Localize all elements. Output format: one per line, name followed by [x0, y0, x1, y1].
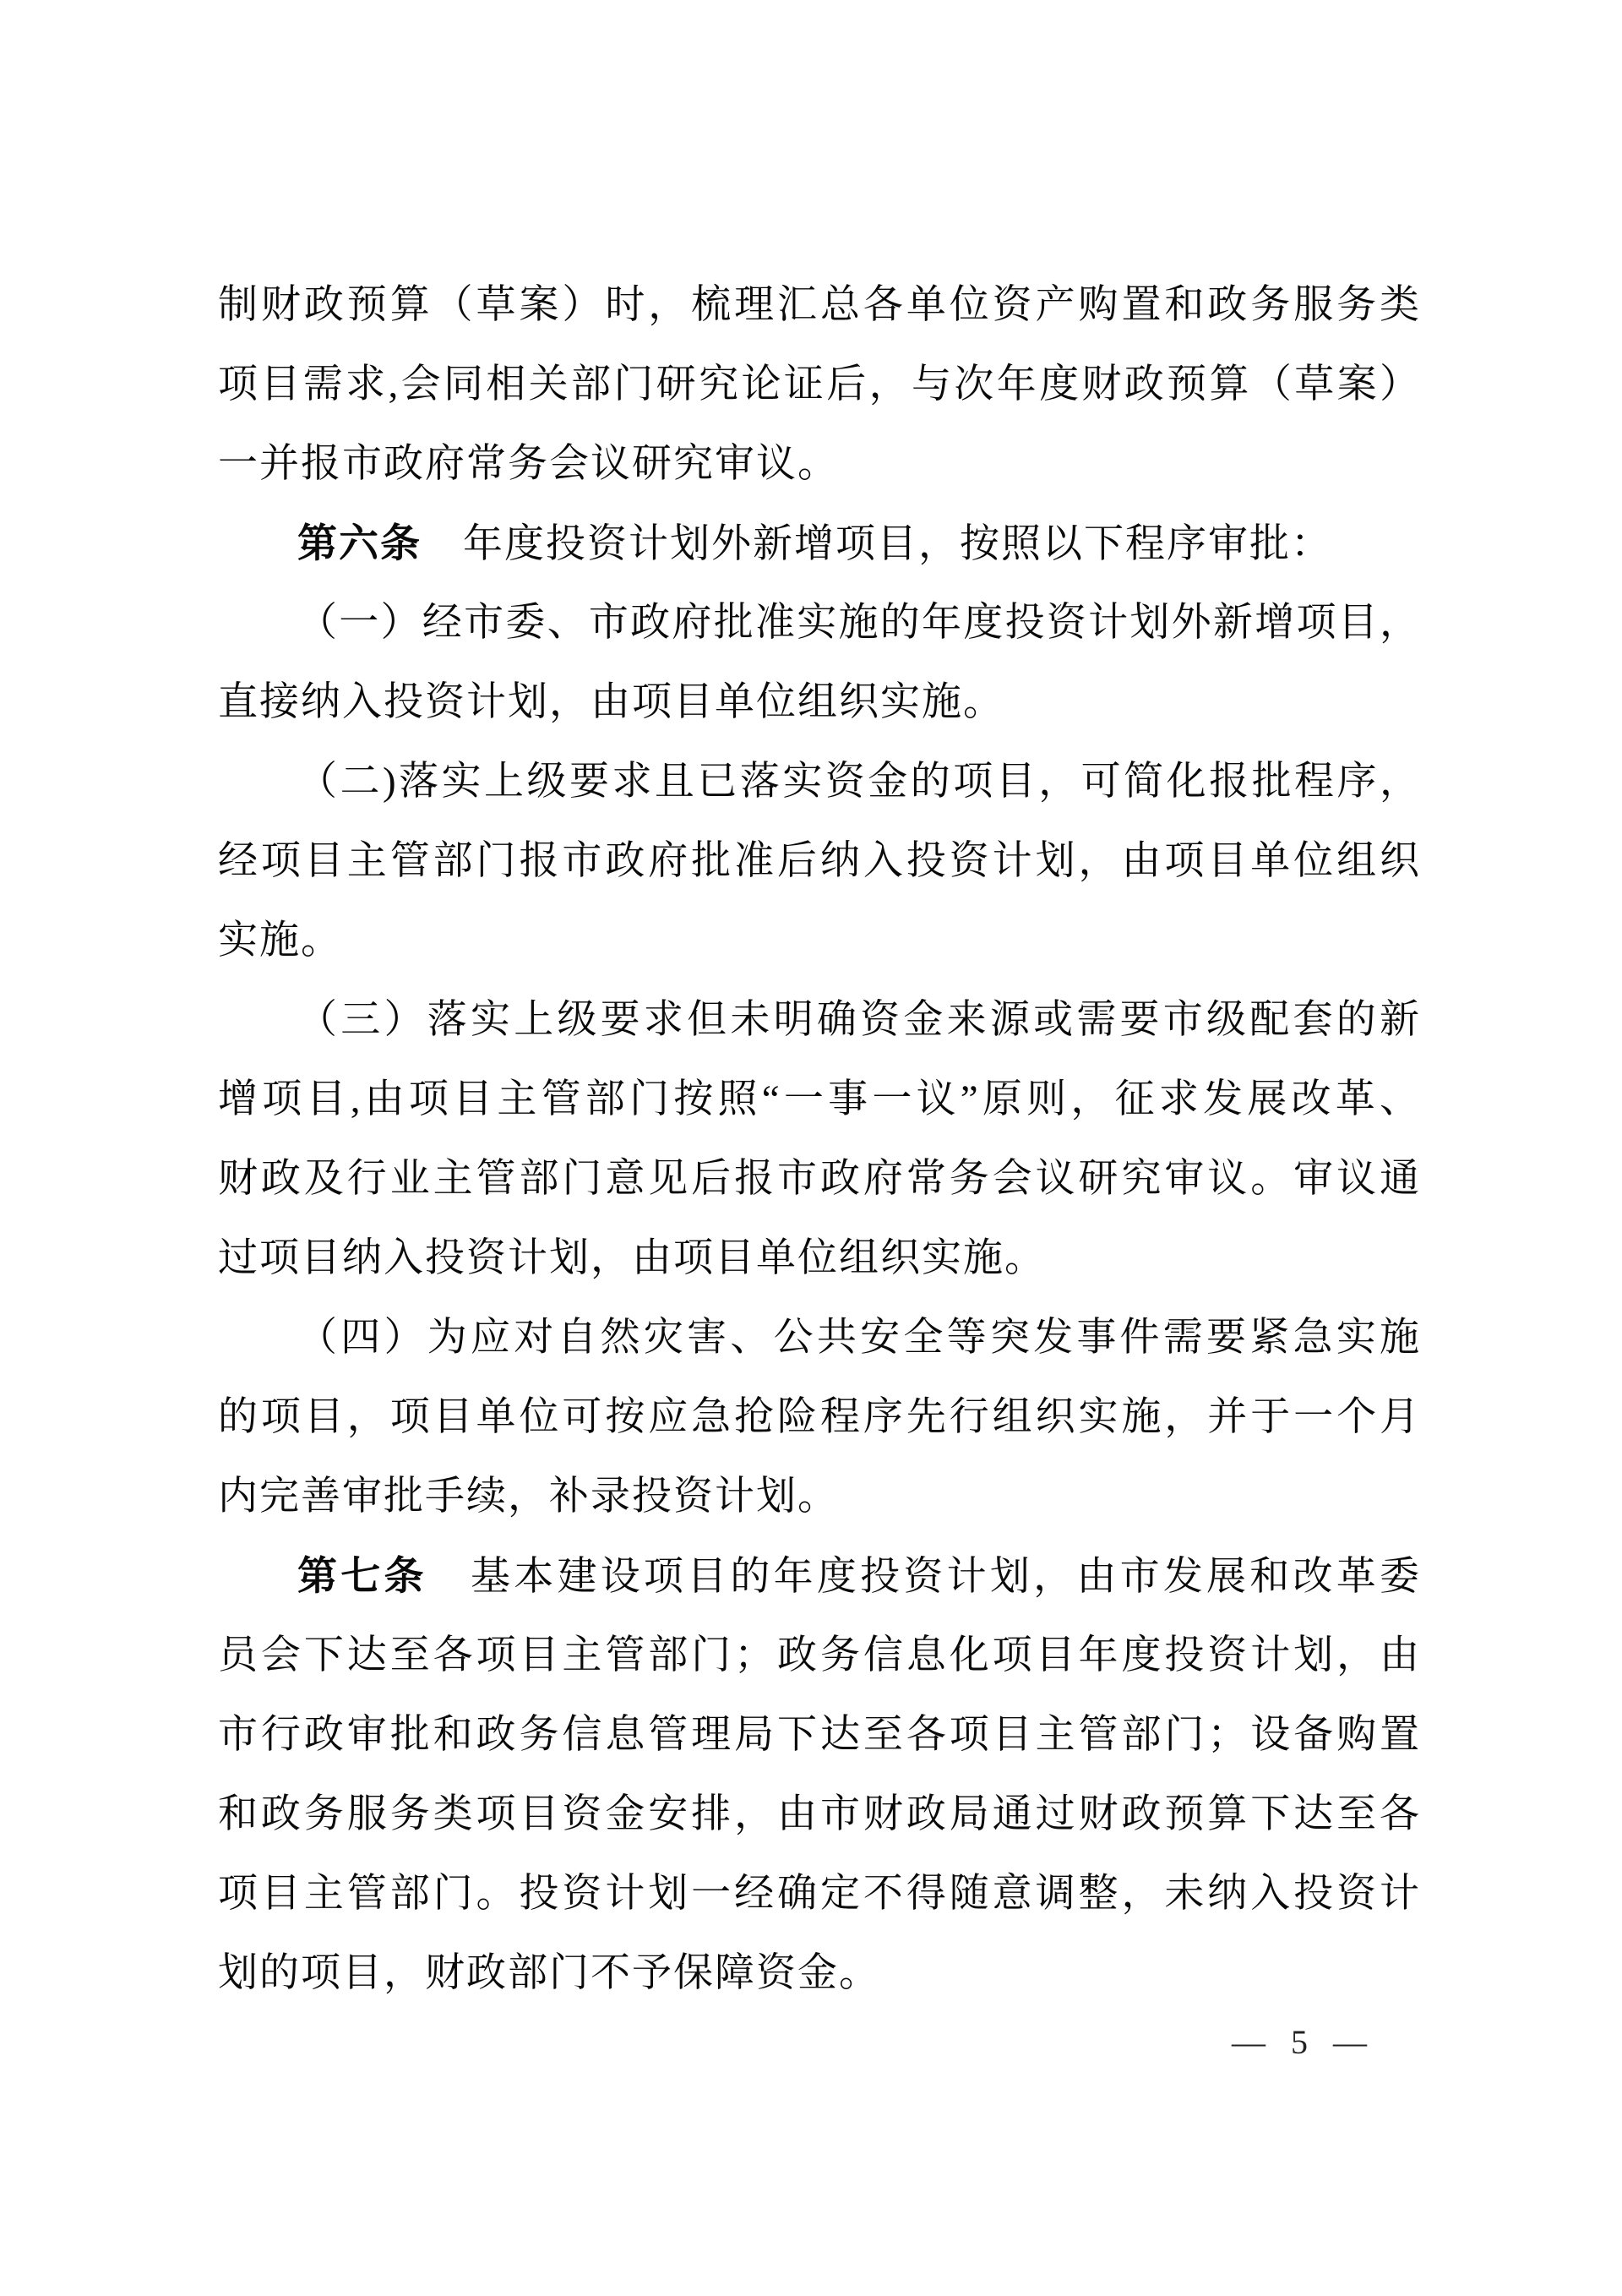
document-line: 划的项目，财政部门不予保障资金。: [218, 1933, 1421, 2013]
document-line: 项目需求,会同相关部门研究论证后，与次年度财政预算（草案）: [218, 345, 1421, 424]
line-text: 直接纳入投资计划，由项目单位组织实施。: [218, 680, 1004, 724]
document-line: 财政及行业主管部门意见后报市政府常务会议研究审议。审议通: [218, 1139, 1421, 1219]
document-line: 的项目，项目单位可按应急抢险程序先行组织实施，并于一个月: [218, 1377, 1421, 1457]
line-text: 和政务服务类项目资金安排，由市财政局通过财政预算下达至各: [218, 1792, 1421, 1836]
document-line: （一）经市委、市政府批准实施的年度投资计划外新增项目，: [218, 583, 1421, 663]
line-text: 年度投资计划外新增项目，按照以下程序审批：: [422, 522, 1332, 566]
line-text: 划的项目，财政部门不予保障资金。: [218, 1951, 880, 1995]
line-text: （四）为应对自然灾害、公共安全等突发事件需要紧急实施: [297, 1316, 1421, 1360]
page-number: — 5 —: [1232, 2021, 1368, 2064]
line-text: 员会下达至各项目主管部门；政务信息化项目年度投资计划，由: [218, 1633, 1421, 1677]
line-text: 增项目,由项目主管部门按照“一事一议”原则，征求发展改革、: [218, 1077, 1421, 1121]
document-line: 制财政预算（草案）时，梳理汇总各单位资产购置和政务服务类: [218, 265, 1421, 345]
document-line: （三）落实上级要求但未明确资金来源或需要市级配套的新: [218, 980, 1421, 1060]
document-line: 过项目纳入投资计划，由项目单位组织实施。: [218, 1219, 1421, 1298]
line-text: 内完善审批手续，补录投资计划。: [218, 1475, 839, 1519]
document-line: （四）为应对自然灾害、公共安全等突发事件需要紧急实施: [218, 1298, 1421, 1377]
line-text: 实施。: [218, 919, 342, 963]
document-page: 制财政预算（草案）时，梳理汇总各单位资产购置和政务服务类项目需求,会同相关部门研…: [0, 0, 1622, 2296]
line-text: 基本建设项目的年度投资计划，由市发展和改革委: [427, 1555, 1421, 1599]
document-line: 第七条 基本建设项目的年度投资计划，由市发展和改革委: [218, 1536, 1421, 1616]
line-text: 项目主管部门。投资计划一经确定不得随意调整，未纳入投资计: [218, 1872, 1421, 1916]
document-line: 增项目,由项目主管部门按照“一事一议”原则，征求发展改革、: [218, 1060, 1421, 1139]
document-line: 一并报市政府常务会议研究审议。: [218, 424, 1421, 504]
line-text: 过项目纳入投资计划，由项目单位组织实施。: [218, 1236, 1046, 1280]
line-text: 经项目主管部门报市政府批准后纳入投资计划，由项目单位组织: [218, 839, 1421, 883]
line-text: （一）经市委、市政府批准实施的年度投资计划外新增项目，: [297, 601, 1421, 645]
line-text: 财政及行业主管部门意见后报市政府常务会议研究审议。审议通: [218, 1157, 1421, 1201]
line-text: 市行政审批和政务信息管理局下达至各项目主管部门；设备购置: [218, 1713, 1421, 1757]
line-text: 的项目，项目单位可按应急抢险程序先行组织实施，并于一个月: [218, 1395, 1421, 1439]
line-text: 一并报市政府常务会议研究审议。: [218, 442, 839, 486]
document-line: 实施。: [218, 901, 1421, 980]
document-line: 和政务服务类项目资金安排，由市财政局通过财政预算下达至各: [218, 1775, 1421, 1854]
line-text: 项目需求,会同相关部门研究论证后，与次年度财政预算（草案）: [218, 363, 1421, 406]
document-line: 项目主管部门。投资计划一经确定不得随意调整，未纳入投资计: [218, 1854, 1421, 1933]
document-line: 第六条 年度投资计划外新增项目，按照以下程序审批：: [218, 504, 1421, 583]
line-text: （三）落实上级要求但未明确资金来源或需要市级配套的新: [297, 998, 1421, 1042]
document-line: （二)落实上级要求且已落实资金的项目，可简化报批程序，: [218, 742, 1421, 821]
document-line: 内完善审批手续，补录投资计划。: [218, 1457, 1421, 1536]
document-line: 直接纳入投资计划，由项目单位组织实施。: [218, 663, 1421, 742]
line-text: （二)落实上级要求且已落实资金的项目，可简化报批程序，: [297, 760, 1421, 804]
article-heading: 第六条: [297, 521, 422, 565]
document-body: 制财政预算（草案）时，梳理汇总各单位资产购置和政务服务类项目需求,会同相关部门研…: [218, 265, 1421, 2013]
line-text: 制财政预算（草案）时，梳理汇总各单位资产购置和政务服务类: [218, 283, 1421, 327]
article-heading: 第七条: [297, 1553, 427, 1598]
document-line: 经项目主管部门报市政府批准后纳入投资计划，由项目单位组织: [218, 821, 1421, 901]
document-line: 员会下达至各项目主管部门；政务信息化项目年度投资计划，由: [218, 1616, 1421, 1695]
document-line: 市行政审批和政务信息管理局下达至各项目主管部门；设备购置: [218, 1695, 1421, 1775]
